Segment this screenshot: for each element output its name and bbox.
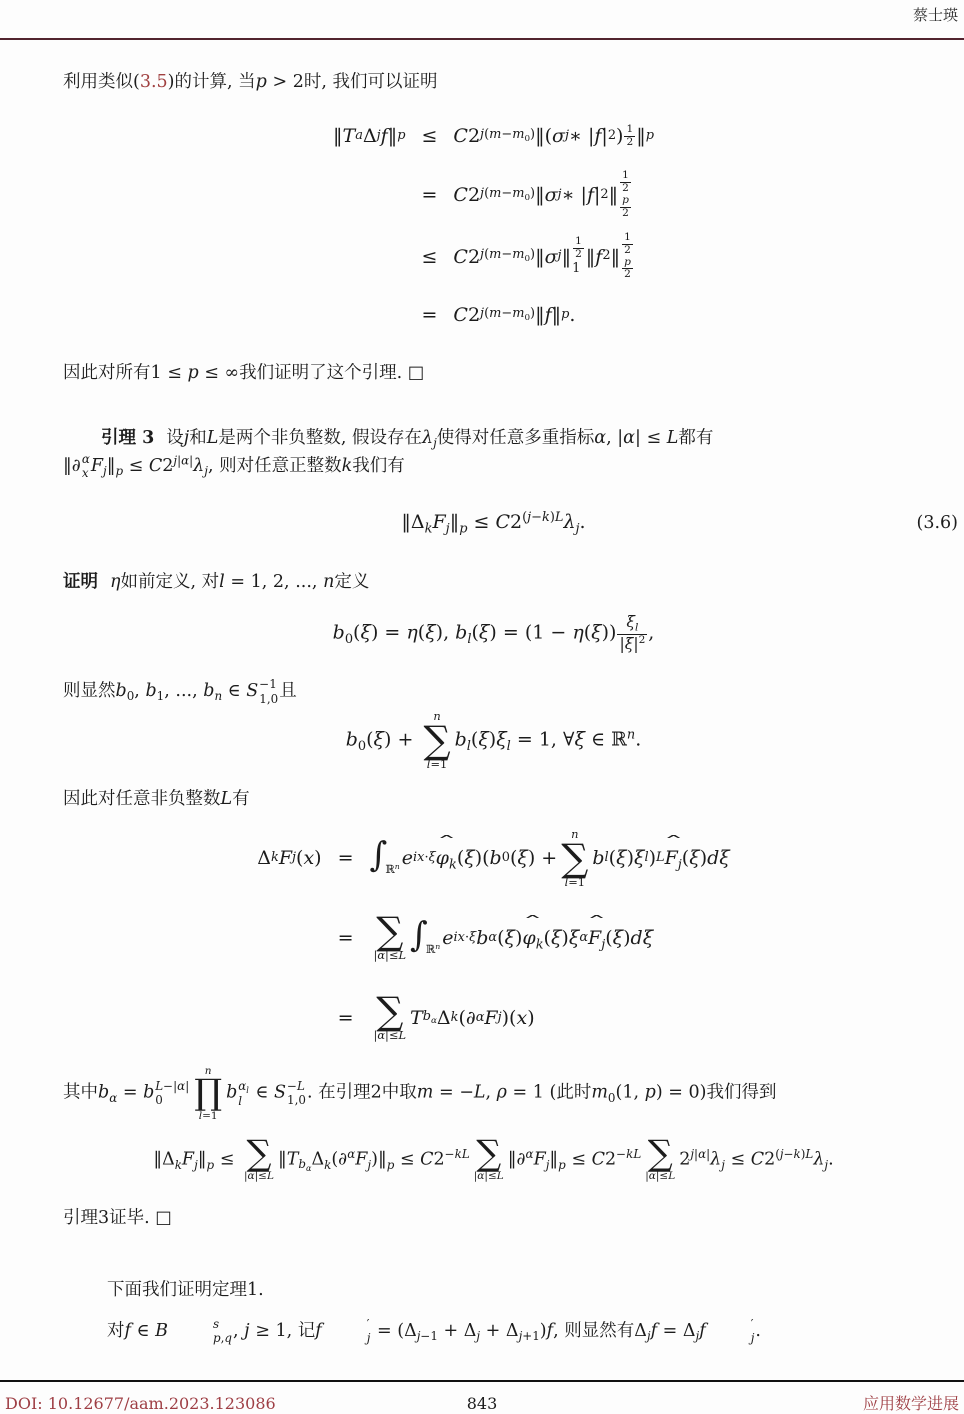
lemma3-statement-line1: 设j和L是两个非负整数, 假设存在λj使得对任意多重指标α, |α| ≤ L都有	[166, 428, 713, 448]
journal-name: 应用数学进展	[863, 1391, 959, 1414]
proof-heading: 证明η如前定义, 对l = 1, 2, ..., n定义	[63, 568, 924, 596]
display-equation-block-2: ΔkFj(x) = ∫ℝneix·ξˆφk(ξ)(b0(ξ) + n∑l=1bl…	[63, 825, 924, 1051]
eq1-row1-rhs: C2j(m−m0)‖(σj ∗ |f|2)12‖p	[453, 114, 654, 158]
paragraph-theorem1-intro: 下面我们证明定理1.	[63, 1276, 924, 1304]
lemma3-statement-line2: ‖∂αxFj‖p ≤ C2j|α|λj, 则对任意正整数k我们有	[63, 456, 405, 476]
equation-partition-of-unity: b0(ξ) + n∑l=1bl(ξ)ξl = 1, ∀ξ ∈ ℝn.	[63, 710, 924, 771]
paragraph-f-prime-definition: 对f ∈ Bsp,q, j ≥ 1, 记f′j = (Δj−1 + Δj + Δ…	[63, 1317, 924, 1346]
eq1-row1-relation: ≤	[421, 114, 437, 158]
eq1-row2-relation: =	[421, 173, 437, 217]
lemma3-line1: 引理 3设j和L是两个非负整数, 假设存在λj使得对任意多重指标α, |α| ≤…	[63, 424, 924, 452]
intro-text-post: )的计算, 当p > 2时, 我们可以证明	[168, 72, 438, 92]
proof-label: 证明	[63, 572, 98, 592]
eq2-row1-relation: =	[338, 825, 354, 891]
equation-3-6-tag: (3.6)	[917, 513, 959, 533]
running-head-author: 蔡士瑛	[913, 6, 958, 24]
eq1-row3-relation: ≤	[421, 235, 437, 279]
eq1-row1-lhs: ‖TaΔjf‖p	[333, 114, 405, 158]
equation-3-6-body: ‖ΔkFj‖p ≤ C2(j−k)Lλj.	[63, 511, 924, 536]
eq2-row1-rhs: ∫ℝneix·ξˆφk(ξ)(b0(ξ) + n∑l=1bl(ξ)ξl)LˆFj…	[370, 825, 730, 891]
equation-partition-of-unity-body: b0(ξ) + n∑l=1bl(ξ)ξl = 1, ∀ξ ∈ ℝn.	[63, 710, 924, 771]
footer-row: DOI: 10.12677/aam.2023.123086 843 应用数学进展	[0, 1382, 964, 1414]
page-number: 843	[467, 1394, 498, 1413]
proof-intro-text: η如前定义, 对l = 1, 2, ..., n定义	[110, 572, 369, 592]
lemma3-line2: ‖∂αxFj‖p ≤ C2j|α|λj, 则对任意正整数k我们有	[63, 452, 924, 481]
paragraph-then-clearly: 则显然b0, b1, ..., bn ∈ S−11,0且	[63, 677, 924, 706]
paragraph-where-b-alpha: 其中bα = bL−|α|0n∏l=1bαll ∈ S−L1,0. 在引理2中取…	[63, 1065, 924, 1121]
running-head: 蔡士瑛	[0, 5, 964, 25]
eq2-row3-rhs: ∑|α|≤LTbαΔk(∂αFj)(x)	[370, 985, 535, 1051]
lemma3-label: 引理 3	[101, 428, 154, 448]
eq2-row2-relation: =	[338, 905, 354, 971]
equation-final-chain-body: ‖ΔkFj‖p ≤ ∑|α|≤L‖TbαΔk(∂αFj)‖p ≤ C2−kL∑|…	[63, 1138, 924, 1182]
page-footer: DOI: 10.12677/aam.2023.123086 843 应用数学进展	[0, 1380, 964, 1414]
equation-b-definition-body: b0(ξ) = η(ξ), bl(ξ) = (1 − η(ξ))ξl|ξ|2,	[63, 614, 924, 653]
doi-link[interactable]: DOI: 10.12677/aam.2023.123086	[5, 1394, 276, 1413]
intro-text-pre: 利用类似(	[63, 72, 140, 92]
paragraph-intro: 利用类似(3.5)的计算, 当p > 2时, 我们可以证明	[63, 68, 924, 96]
eq2-row2-rhs: ∑|α|≤L∫ℝneix·ξbα(ξ)ˆφk(ξ)ξαˆFj(ξ)dξ	[370, 905, 654, 971]
display-equation-block-1: ‖TaΔjf‖p ≤ C2j(m−m0)‖(σj ∗ |f|2)12‖p = C…	[63, 114, 924, 337]
equation-3-6: ‖ΔkFj‖p ≤ C2(j−k)Lλj. (3.6)	[63, 511, 924, 536]
equation-final-chain: ‖ΔkFj‖p ≤ ∑|α|≤L‖TbαΔk(∂αFj)‖p ≤ C2−kL∑|…	[63, 1138, 924, 1182]
paper-page: 蔡士瑛 利用类似(3.5)的计算, 当p > 2时, 我们可以证明 ‖TaΔjf…	[0, 0, 964, 1414]
eq1-row2-rhs: C2j(m−m0)‖σj ∗ |f|2‖12p2	[453, 170, 632, 219]
eq2-row1-lhs: ΔkFj(x)	[257, 825, 321, 891]
eq2-row3-relation: =	[338, 985, 354, 1051]
eq1-row3-rhs: C2j(m−m0)‖σj‖121‖f2‖12p2	[453, 232, 634, 281]
paragraph-hence-L: 因此对任意非负整数L有	[63, 785, 924, 813]
paragraph-lemma2-end: 因此对所有1 ≤ p ≤ ∞我们证明了这个引理. □	[63, 359, 924, 387]
equation-ref-3-5[interactable]: 3.5	[140, 72, 168, 92]
equation-b-definition: b0(ξ) = η(ξ), bl(ξ) = (1 − η(ξ))ξl|ξ|2,	[63, 614, 924, 653]
page-header: 蔡士瑛	[0, 0, 964, 40]
paragraph-lemma3-qed: 引理3证毕. □	[63, 1204, 924, 1232]
page-content: 利用类似(3.5)的计算, 当p > 2时, 我们可以证明 ‖TaΔjf‖p ≤…	[0, 40, 964, 1345]
eq1-row4-rhs: C2j(m−m0)‖f‖p.	[453, 293, 575, 337]
eq1-row4-relation: =	[421, 293, 437, 337]
